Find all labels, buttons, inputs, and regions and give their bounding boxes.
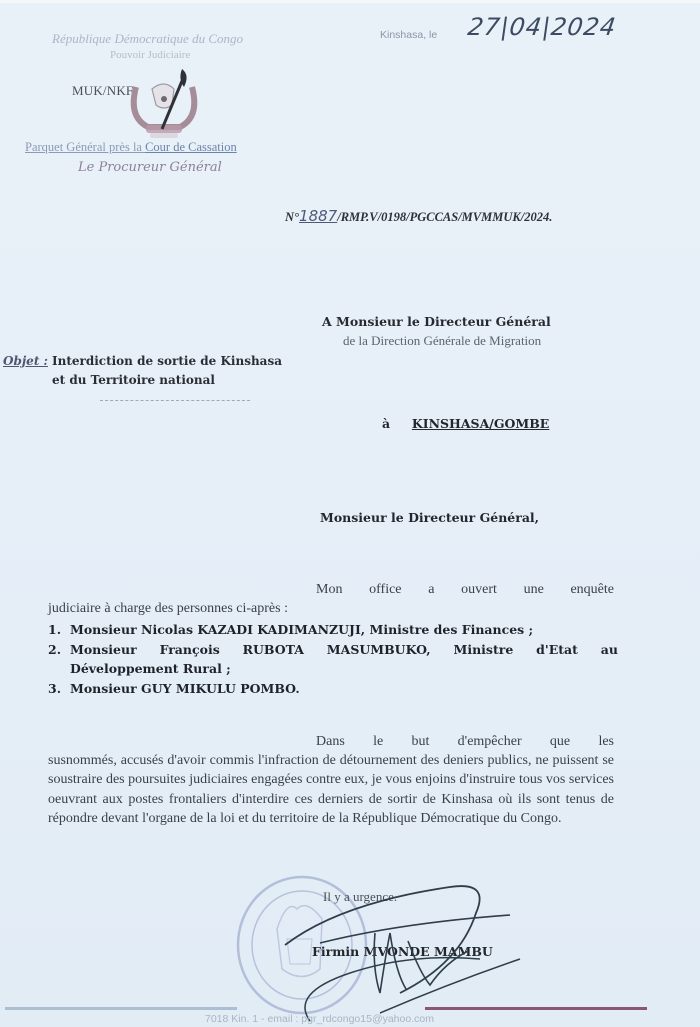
paragraph-1-lead: Mon office a ouvert une enquête bbox=[48, 580, 614, 599]
letterhead-parquet: Parquet Général près la Cour de Cassatio… bbox=[25, 140, 237, 155]
reference-number: N°1887/RMP.V/0198/PGCCAS/MVMMUK/2024. bbox=[285, 207, 552, 225]
letterhead-pouvoir: Pouvoir Judiciaire bbox=[110, 49, 190, 61]
addressee-line1: A Monsieur le Directeur Général bbox=[322, 314, 551, 329]
signature-icon bbox=[280, 873, 580, 1023]
date-label: Kinshasa, le bbox=[380, 29, 437, 41]
letterhead-office-title: Le Procureur Général bbox=[78, 160, 222, 175]
salutation: Monsieur le Directeur Général, bbox=[320, 510, 539, 525]
objet-line2: et du Territoire national bbox=[52, 371, 215, 390]
persons-list: 1. Monsieur Nicolas KAZADI KADIMANZUJI, … bbox=[48, 620, 618, 698]
list-item: 3. Monsieur GUY MIKULU POMBO. bbox=[48, 679, 618, 699]
objet-line1: Interdiction de sortie de Kinshasa bbox=[52, 354, 282, 368]
paragraph-2-rest: susnommés, accusés d'avoir commis l'infr… bbox=[48, 751, 614, 828]
objet-divider bbox=[100, 400, 250, 401]
paragraph-2: Dans le but d'empêcher que les susnommés… bbox=[48, 732, 614, 828]
objet-block: Objet : Interdiction de sortie de Kinsha… bbox=[3, 352, 282, 371]
date-handwritten: 27|04|2024 bbox=[466, 13, 618, 41]
footer-contact: 7018 Kin. 1 - email : pgr_rdcongo15@yaho… bbox=[205, 1013, 434, 1024]
coat-of-arms-icon bbox=[124, 65, 204, 141]
paragraph-1: Mon office a ouvert une enquête judiciai… bbox=[48, 580, 614, 618]
document-page: République Démocratique du Congo Pouvoir… bbox=[0, 0, 700, 1024]
paragraph-1-rest: judiciaire à charge des personnes ci-apr… bbox=[48, 599, 614, 618]
objet-label: Objet : bbox=[3, 354, 48, 368]
list-item: 1. Monsieur Nicolas KAZADI KADIMANZUJI, … bbox=[48, 620, 618, 640]
destination: à KINSHASA/GOMBE bbox=[382, 416, 549, 431]
list-item: 2. Monsieur François RUBOTA MASUMBUKO, M… bbox=[48, 640, 618, 679]
addressee-line2: de la Direction Générale de Migration bbox=[343, 333, 541, 349]
footer-rule-left bbox=[5, 1007, 237, 1010]
footer-rule-right bbox=[425, 1007, 647, 1010]
paragraph-2-lead: Dans le but d'empêcher que les bbox=[48, 732, 614, 751]
letterhead-country: République Démocratique du Congo bbox=[52, 31, 243, 47]
